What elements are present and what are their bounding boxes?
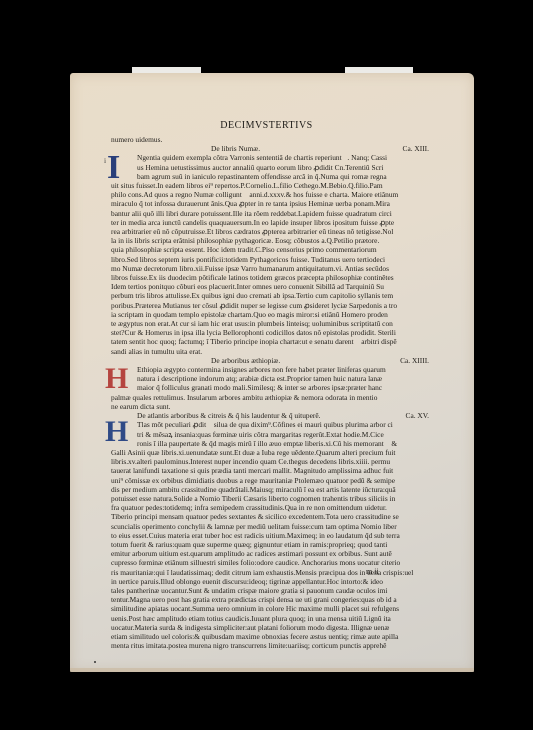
- text-line: la in iis libris scripta erãtnisi philos…: [111, 236, 431, 245]
- text-line: to eius esset.Cuius materia erat tuber h…: [111, 531, 431, 540]
- text-line: philo cons.Ad quos a regno Numæ colligun…: [111, 190, 431, 199]
- text-line: libris.xv.alteri paulominus.Interest nup…: [111, 457, 431, 466]
- chapter-15: De atlantis arboribus & citreis & q̃ his…: [111, 411, 431, 650]
- text-line: libro.Sed libros septem iuris pontificii…: [111, 255, 431, 264]
- chapter-title: De libris Numæ.: [211, 144, 260, 153]
- text-line: in uertice paruis.Illud oblongo euenit d…: [111, 577, 431, 586]
- text-line: Ethiopia ægypto contermina insignes arbo…: [111, 365, 431, 374]
- initial-letter-blue: I: [107, 153, 120, 183]
- text-line: totum fuerit & rarius:quam quæ superme q…: [111, 540, 431, 549]
- chapter-number: Ca. XIII.: [403, 144, 431, 153]
- text-line: tales pantherinæ uocantur.Sunt & undatim…: [111, 586, 431, 595]
- text-line: menta ritus imitata.postea murena nigro …: [111, 641, 431, 650]
- text-line: emitur arborum uitium est.quarum amplitu…: [111, 549, 431, 558]
- text-line: ris mauritaniæ:qui ĩ laudatissimaq; dedi…: [111, 568, 431, 577]
- text-line: us Hemina uetustissimus auctor annaliũ q…: [111, 163, 431, 172]
- text-line: tri & mẽsaꝝ insania:quas fœminæ uiris cõ…: [111, 430, 431, 439]
- text-line: ia scriptam in quodam templo epistolæ ch…: [111, 310, 431, 319]
- chapter-heading: De libris Numæ. Ca. XIII.: [111, 144, 431, 153]
- text-line: Tlas mõt peculiari ꝓdit᷑ silua de qua di…: [111, 420, 431, 429]
- text-line: uocatur.Materia surda & indigesta simpli…: [111, 623, 431, 632]
- text-line: similitudine apiatas uocant.Summa uero o…: [111, 604, 431, 613]
- text-line: Galli Asinii quæ libris.xi.uenundatæ sun…: [111, 448, 431, 457]
- text-line: dis per medium ambitu crassitudine quadr…: [111, 485, 431, 494]
- text-line: tauerat lanifundi taxatione si quis præd…: [111, 466, 431, 475]
- text-line: miraculo q̃ tot infossa durauerunt ãnis.…: [111, 199, 431, 208]
- chapter-heading: De arboribus æthiopiæ. Ca. XIIII.: [111, 356, 431, 365]
- text-line: poribus.Præterea Mutianus ter cõsul ꝓdid…: [111, 301, 431, 310]
- chapter-title: De atlantis arboribus & citreis & q̃ his…: [137, 411, 321, 420]
- chapter-13: De libris Numæ. Ca. XIII. I i Ngentia qu…: [111, 144, 431, 356]
- chapter-title: De arboribus æthiopiæ.: [211, 356, 280, 365]
- chapter-14: De arboribus æthiopiæ. Ca. XIIII. H Ethi…: [111, 356, 431, 411]
- text-line: ne earum dicta sunt.: [111, 402, 431, 411]
- text-line: stet?Cur & Homerus in ipsa illa lycia Be…: [111, 328, 431, 337]
- carryover-line: numero uidemus.: [111, 135, 431, 144]
- text-line: palmæ quales rettulimus. Insularum arbor…: [111, 393, 431, 402]
- text-line: libros fuisse.Ex iis duodecim põtificale…: [111, 273, 431, 282]
- chapter-number: Ca. XIIII.: [400, 356, 431, 365]
- text-line: cupresso fœminæ etiãnum silluestri simil…: [111, 558, 431, 567]
- text-line: Ngentia quidem exempla cõtra Varronis se…: [111, 153, 431, 162]
- signature-mark: m ii: [366, 567, 379, 576]
- text-line: fra quatuor pedes:totidemq; infra semipe…: [111, 503, 431, 512]
- text-line: Tiberio principi mensam quatuor pedes se…: [111, 512, 431, 521]
- spot-mark: [94, 661, 96, 663]
- chapter-heading: De atlantis arboribus & citreis & q̃ his…: [111, 411, 431, 420]
- text-line: potuisset esse natura.Solide a Nomio Tib…: [111, 494, 431, 503]
- text-line: te ægyptus non erat.At cur si iam hic er…: [111, 319, 431, 328]
- text-line: natura i descriptione indorum atq; arabi…: [111, 374, 431, 383]
- chapter-number: Ca. XV.: [406, 411, 431, 420]
- text-block: numero uidemus. De libris Numæ. Ca. XIII…: [111, 135, 431, 650]
- marginal-note: i: [104, 156, 106, 165]
- text-line: tentur.Magna uero post has gratia extra …: [111, 595, 431, 604]
- text-line: ter in media arca iunctũ candelis quaqua…: [111, 218, 431, 227]
- text-line: scuncialis operimento conchylii & lamnæ …: [111, 522, 431, 531]
- text-line: bantur alii quõ illi libri durare potuis…: [111, 209, 431, 218]
- text-line: tatem sentit hoc quoq; factumq; ĩ Tiberi…: [111, 337, 431, 346]
- text-line: uit situs fuisset.In eadem libros ei⁹ re…: [111, 181, 431, 190]
- text-line: quia philosophiæ scripta essent. Hoc ide…: [111, 245, 431, 254]
- text-line: mo Numæ decretorum libro.xii.Fuisse ipsæ…: [111, 264, 431, 273]
- text-line: maior q̃ folliculus granati modo mali.Si…: [111, 383, 431, 392]
- text-line: sandi alias in tumultu uita erat.: [111, 347, 431, 356]
- text-line: rea arbitrarier eũ nõ cõputruisse.Et lib…: [111, 227, 431, 236]
- text-line: ronis ĩ illa paupertate & q̃d magis mirũ…: [111, 439, 431, 448]
- initial-letter-blue: H: [105, 417, 128, 447]
- initial-letter-red: H: [105, 364, 128, 394]
- text-line: Idem tertios ponitquo cõburi eos placuer…: [111, 282, 431, 291]
- text-line: bam agrum suũ in ianiculo repastinantem …: [111, 172, 431, 181]
- text-line: uenis.Post hæc amplitudo etiam totius ca…: [111, 614, 431, 623]
- text-line: uni⁹ cõmissæ ex orbibus dimidiatis duobu…: [111, 476, 431, 485]
- text-line: etiam similitudo uel coloris:& quibusdam…: [111, 632, 431, 641]
- running-head: DECIMVSTERTIVS: [0, 120, 533, 131]
- text-line: perbum tris libros attulisse.Ex quibus i…: [111, 291, 431, 300]
